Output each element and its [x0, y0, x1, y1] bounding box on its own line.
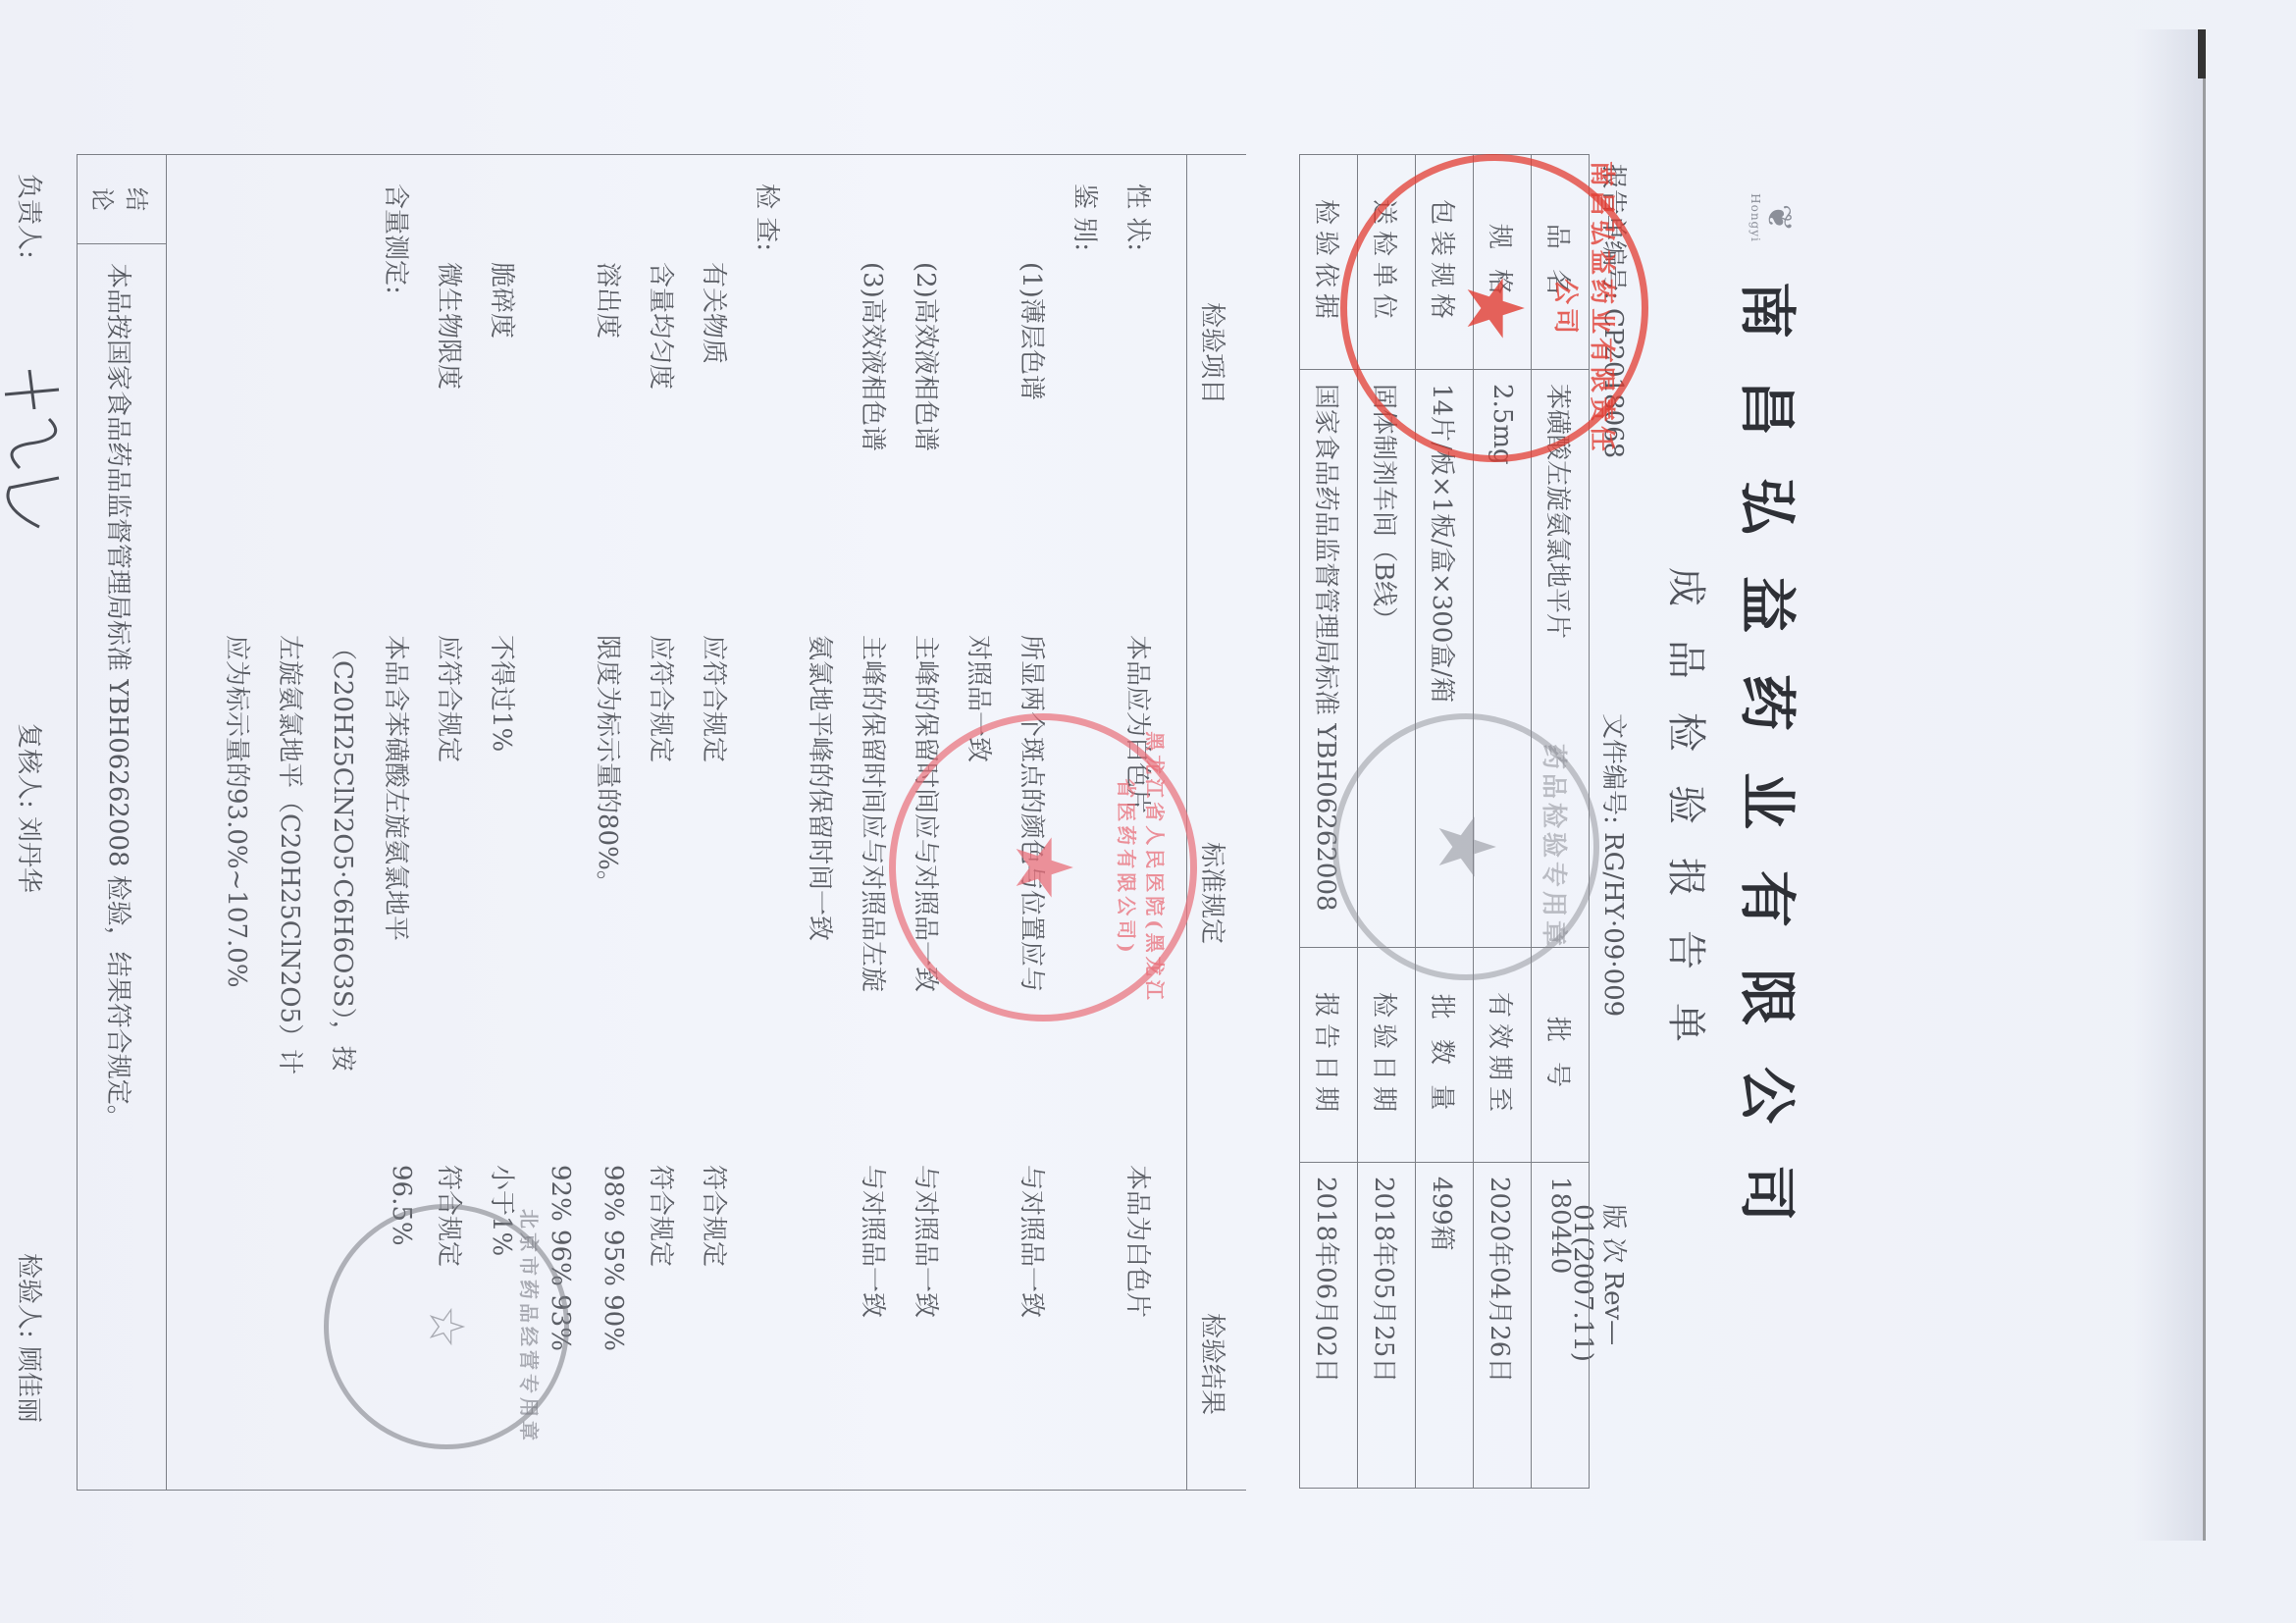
star-icon: ☆	[407, 1305, 486, 1349]
inspection-seal-stamp: 药品检验专用章 ★	[1332, 713, 1599, 980]
result-result: 98% 95% 90%	[599, 1165, 628, 1351]
result-result: 与对照品一致	[910, 1165, 946, 1318]
result-standard: 应为标示量的93.0%~107.0%	[221, 635, 257, 988]
star-icon: ★	[1004, 832, 1082, 903]
info-label: 有效期至	[1474, 948, 1532, 1163]
result-standard: 本品含苯磺酸左旋氨氯地平	[380, 635, 416, 941]
result-result: 符合规定	[698, 1165, 734, 1267]
result-sub: 含量均匀度	[645, 262, 681, 390]
conclusion-label: 结 论	[78, 155, 166, 244]
header-standard: 标准规定	[1196, 842, 1232, 944]
result-standard: 主峰的保留时间应与对照品左旋	[857, 635, 893, 992]
result-sub: (2)高效液相色谱	[910, 262, 946, 451]
company-logo: ❦ Hongyi	[1733, 174, 1811, 262]
result-standard: 限度为标示量的80%。	[592, 635, 628, 896]
responsible-label: 负责人:	[13, 174, 49, 259]
result-sub: (1)薄层色谱	[1016, 262, 1052, 400]
inspection-report-page: ❦ Hongyi 南昌弘益药业有限公司 成品检验报告单 报告单编号: CP201…	[0, 85, 1874, 1538]
result-sub: 溶出度	[592, 262, 628, 339]
reviewer: 复核人: 刘丹华	[13, 723, 49, 893]
result-standard: 氨氯地平峰的保留时间一致	[804, 635, 840, 941]
info-value: 2018年05月25日	[1358, 1163, 1416, 1489]
info-value: 2018年06月02日	[1300, 1163, 1358, 1489]
result-sub: 脆碎度	[486, 262, 522, 339]
info-label: 报告日期	[1300, 948, 1358, 1163]
logo-text: Hongyi	[1748, 193, 1762, 242]
result-sub: (3)高效液相色谱	[857, 262, 893, 451]
results-header: 检验项目 标准规定 检验结果	[1187, 154, 1246, 1491]
result-standard: 左旋氨氯地平（C20H25ClN2O5）计	[274, 635, 310, 1074]
distributor-seal-stamp: 黑龙江省人民医院(黑龙江省医药有限公司) ★	[889, 713, 1197, 1021]
info-value: 180440	[1532, 1163, 1590, 1489]
inspector: 检验人: 顾佳丽	[13, 1253, 49, 1423]
result-result: 本品为白色片	[1122, 1165, 1158, 1318]
result-standard: 应符合规定	[645, 635, 681, 762]
info-label: 批 号	[1532, 948, 1590, 1163]
result-result: 符合规定	[645, 1165, 681, 1267]
scan-edge-shadow	[2134, 29, 2203, 1541]
result-standard: 应符合规定	[698, 635, 734, 762]
star-icon: ★	[1455, 273, 1534, 343]
company-seal-stamp: 南昌弘益药业有限责任公司 ★	[1340, 154, 1648, 462]
result-standard: 应符合规定	[433, 635, 469, 762]
result-result: 与对照品一致	[1016, 1165, 1052, 1318]
info-label: 检验日期	[1358, 948, 1416, 1163]
conclusion-box: 结 论 本品按国家食品药品监督管理局标准 YBH06262008 检验，结果符合…	[77, 154, 167, 1491]
header-item: 检验项目	[1196, 302, 1232, 404]
result-standard: （C20H25ClN2O5·C6H6O3S），按	[327, 635, 363, 1072]
result-item: 鉴 别:	[1069, 183, 1105, 251]
scan-edge-mark	[2198, 29, 2206, 79]
beijing-seal-stamp: 北京市药品经营专用章 ☆	[324, 1204, 569, 1449]
header-result: 检验结果	[1196, 1313, 1232, 1415]
company-name: 南昌弘益药业有限公司	[1731, 282, 1813, 1361]
result-standard: 不得过1%	[486, 635, 522, 752]
result-item: 含量测定:	[380, 183, 416, 294]
result-item: 性 状:	[1122, 183, 1158, 251]
result-sub: 有关物质	[698, 262, 734, 364]
star-icon: ★	[1427, 811, 1505, 882]
handwritten-signature	[0, 350, 88, 547]
conclusion-text: 本品按国家食品药品监督管理局标准 YBH06262008 检验，结果符合规定。	[102, 263, 138, 1130]
logo-icon: ❦	[1762, 204, 1796, 233]
result-result: 与对照品一致	[857, 1165, 893, 1318]
document-title: 成品检验报告单	[1661, 380, 1717, 1263]
result-item: 检 查:	[751, 183, 787, 251]
info-value: 499箱	[1416, 1163, 1474, 1489]
result-sub: 微生物限度	[433, 262, 469, 390]
info-value: 2020年04月26日	[1474, 1163, 1532, 1489]
scan-edge-line	[2203, 29, 2206, 1541]
